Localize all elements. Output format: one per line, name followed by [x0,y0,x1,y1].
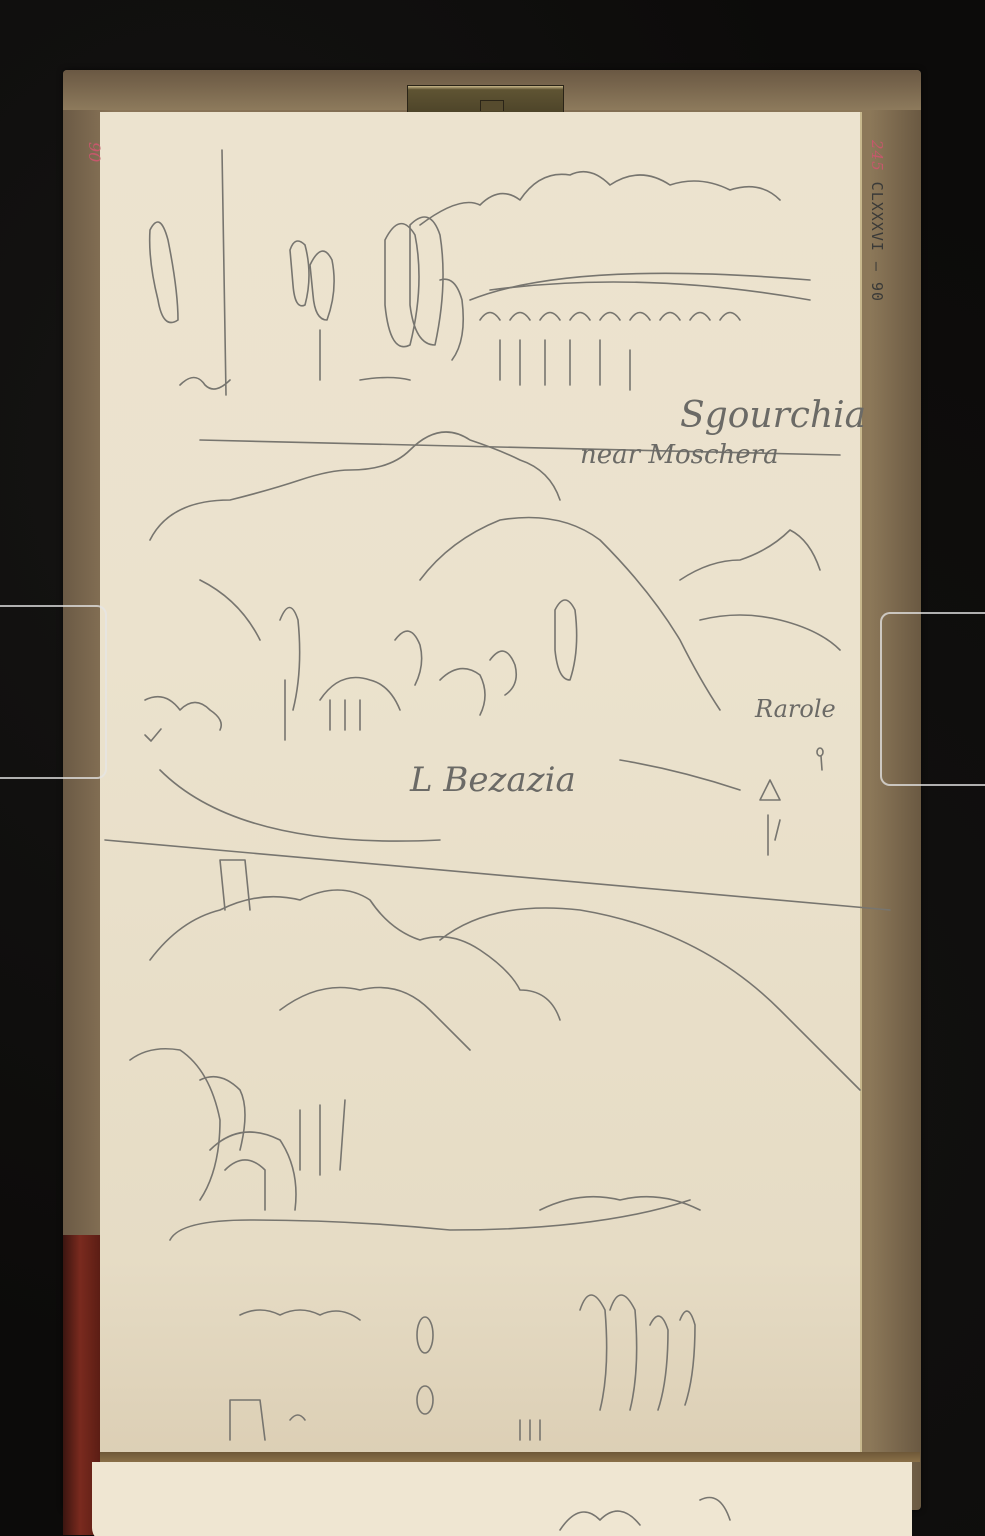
lower-sketch [130,860,860,1240]
inscription-middle: L Bezazia [410,760,576,800]
folio-number: 90 [85,142,104,162]
page-number-red: 245 [868,140,886,172]
plastic-strap-left [0,605,107,779]
catalog-label: 245 CLXXXVI — 90 [868,140,886,302]
catalog-number: CLXXXVI — 90 [868,182,886,302]
top-sketch [150,150,810,395]
right-figure-sketch [760,748,823,855]
inscription-right: Rarole [755,695,836,723]
bottom-sketch [230,1295,730,1530]
inscription-top-title: Sgourchia [680,395,866,436]
inscription-top-subtitle: near Moschera [580,440,779,470]
plastic-strap-right [880,612,985,786]
